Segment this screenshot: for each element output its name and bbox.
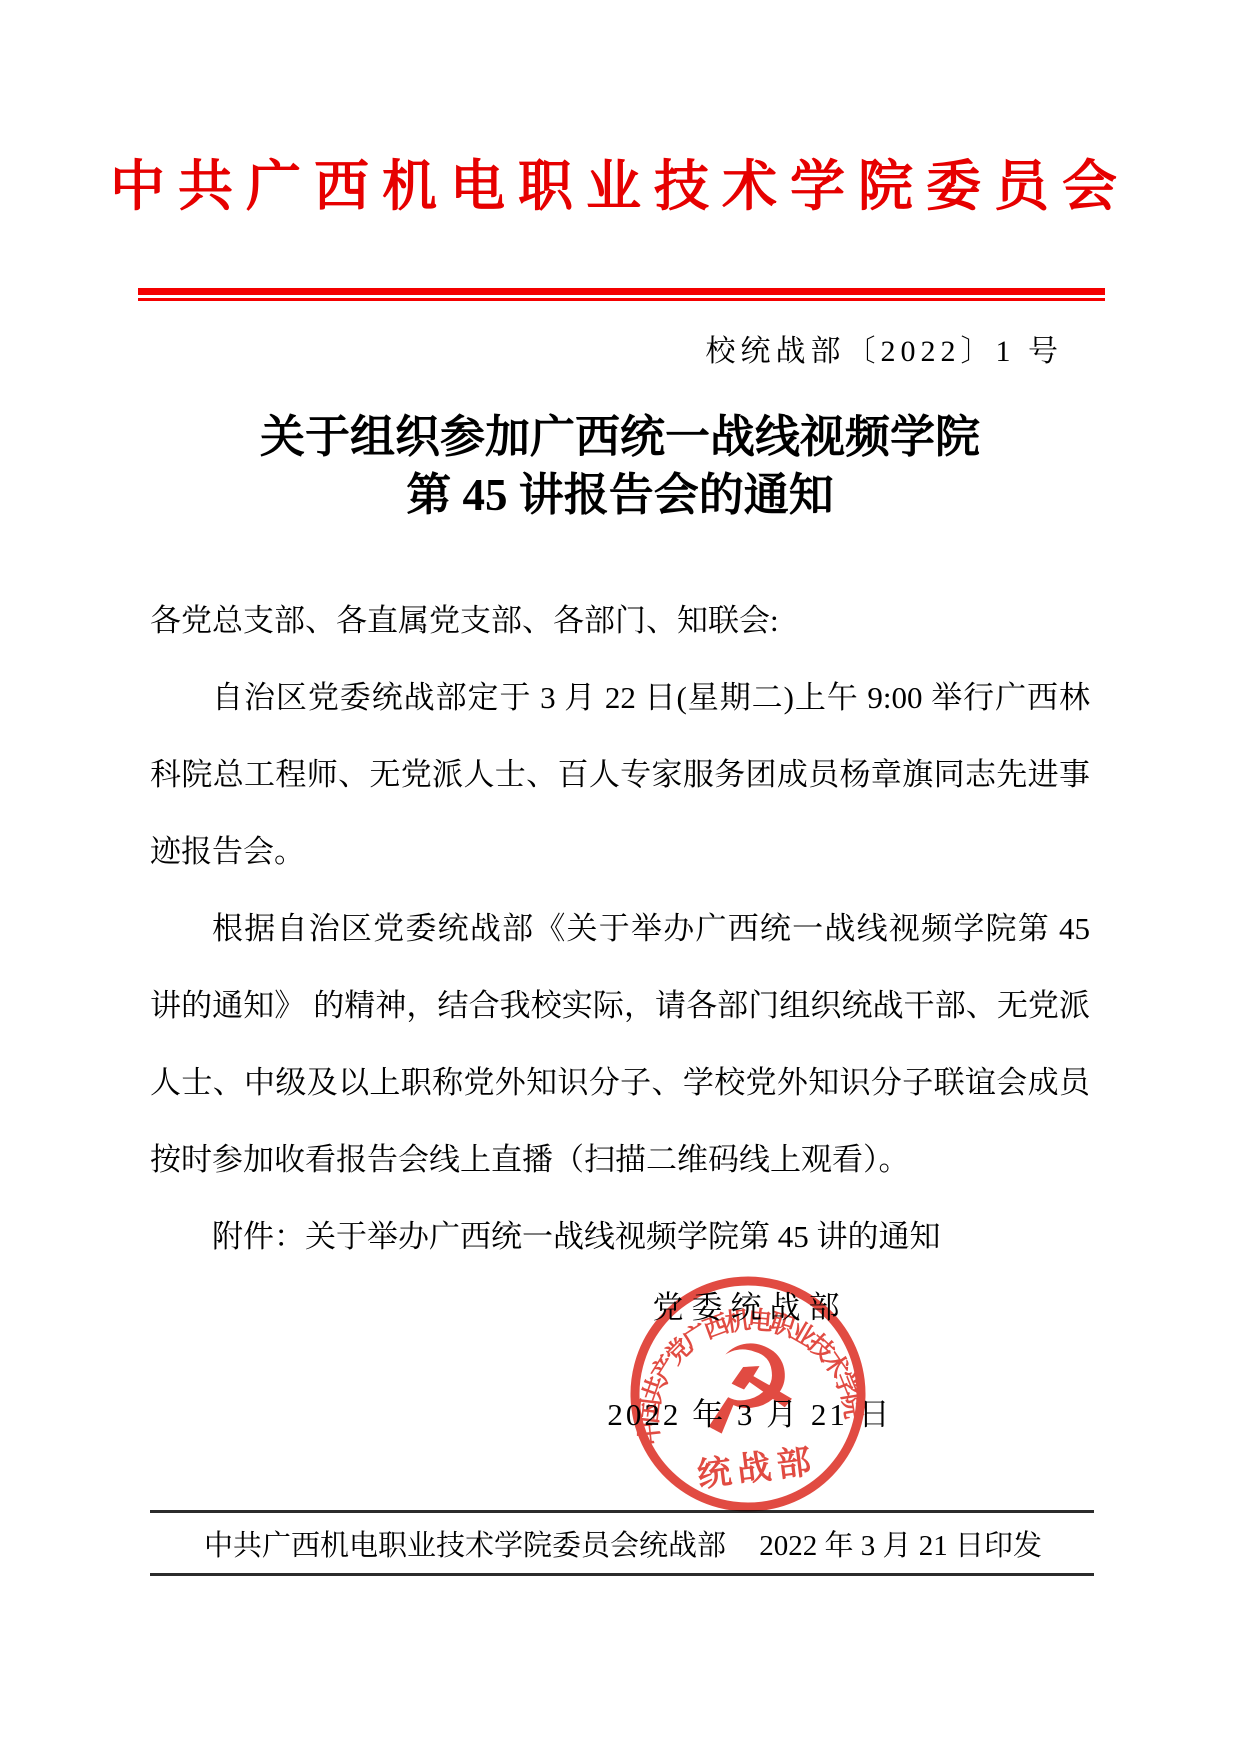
document-body: 各党总支部、各直属党支部、各部门、知联会: 自治区党委统战部定于 3 月 22 … — [150, 582, 1090, 1275]
footer-print-date: 2022 年 3 月 21 日印发 — [759, 1523, 1042, 1564]
divider-thick-line — [138, 288, 1105, 295]
attachment-line: 附件：关于举办广西统一战线视频学院第 45 讲的通知 — [150, 1198, 1090, 1275]
letterhead-divider — [138, 288, 1105, 301]
doc-title-line2: 第 45 讲报告会的通知 — [0, 466, 1240, 524]
letterhead-title: 中共广西机电职业技术学院委员会 — [0, 142, 1240, 221]
divider-thin-line — [138, 298, 1105, 301]
salutation: 各党总支部、各直属党支部、各部门、知联会: — [150, 582, 1090, 659]
hammer-sickle-icon: ☭ — [686, 1314, 808, 1464]
footer: 中共广西机电职业技术学院委员会统战部 2022 年 3 月 21 日印发 — [150, 1510, 1094, 1576]
official-seal: 中国共产党广西机电职业技术学院委员会 ☭ 统战部 — [601, 1247, 895, 1541]
footer-rule-bottom — [150, 1573, 1094, 1576]
paragraph-2: 根据自治区党委统战部《关于举办广西统一战线视频学院第 45 讲的通知》 的精神，… — [150, 890, 1090, 1198]
doc-title-line1: 关于组织参加广西统一战线视频学院 — [0, 408, 1240, 466]
doc-title: 关于组织参加广西统一战线视频学院 第 45 讲报告会的通知 — [0, 408, 1240, 524]
paragraph-1: 自治区党委统战部定于 3 月 22 日(星期二)上午 9:00 举行广西林科院总… — [150, 659, 1090, 890]
doc-number: 校统战部〔2022〕1 号 — [706, 326, 1064, 370]
document-page: 中共广西机电职业技术学院委员会 校统战部〔2022〕1 号 关于组织参加广西统一… — [0, 0, 1240, 1753]
